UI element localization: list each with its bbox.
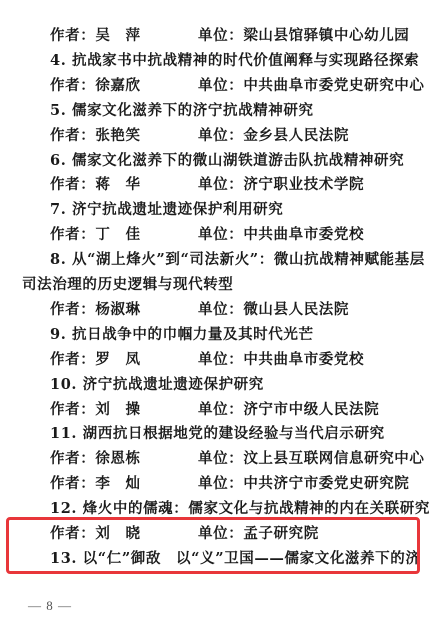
author-row: 作者：刘 操单位：济宁市中级人民法院 bbox=[50, 398, 141, 422]
author-row: 作者：吴 萍单位：梁山县馆驿镇中心幼儿园 bbox=[50, 24, 141, 48]
author-name: 张艳笑 bbox=[95, 127, 140, 144]
author-label: 作者： bbox=[50, 348, 95, 372]
author-row: 作者：徐嘉欣单位：中共曲阜市委党史研究中心 bbox=[50, 74, 141, 98]
highlight-box-item-12 bbox=[6, 517, 420, 574]
author-name: 蒋 华 bbox=[95, 176, 140, 193]
unit-name: 金乡县人民法院 bbox=[243, 127, 349, 144]
author-label: 作者： bbox=[50, 298, 95, 322]
author-row: 作者：罗 凤单位：中共曲阜市委党校 bbox=[50, 348, 141, 372]
unit-label: 单位： bbox=[198, 176, 243, 193]
author-label: 作者： bbox=[50, 223, 95, 247]
author-name: 吴 萍 bbox=[95, 27, 140, 44]
unit-name: 汶上县互联网信息研究中心 bbox=[243, 450, 424, 467]
unit-label: 单位： bbox=[198, 127, 243, 144]
author-row: 作者：张艳笑单位：金乡县人民法院 bbox=[50, 124, 141, 148]
paper-title: 6. 儒家文化滋养下的微山湖铁道游击队抗战精神研究 bbox=[50, 149, 404, 173]
author-label: 作者： bbox=[50, 124, 95, 148]
author-name: 徐恩栋 bbox=[95, 450, 140, 467]
unit-field: 单位：中共曲阜市委党校 bbox=[198, 348, 364, 372]
author-row: 作者：蒋 华单位：济宁职业技术学院 bbox=[50, 173, 141, 197]
author-label: 作者： bbox=[50, 472, 95, 496]
unit-name: 济宁职业技术学院 bbox=[243, 176, 364, 193]
author-name: 徐嘉欣 bbox=[95, 77, 140, 94]
author-label: 作者： bbox=[50, 24, 95, 48]
unit-name: 微山县人民法院 bbox=[243, 301, 349, 318]
document-page: 作者：吴 萍单位：梁山县馆驿镇中心幼儿园4. 抗战家书中抗战精神的时代价值阐释与… bbox=[0, 0, 441, 623]
unit-field: 单位：微山县人民法院 bbox=[198, 298, 349, 322]
paper-title: 9. 抗日战争中的巾帼力量及其时代光芒 bbox=[50, 323, 314, 347]
title-continuation: 司法治理的历史逻辑与现代转型 bbox=[22, 273, 233, 297]
unit-label: 单位： bbox=[198, 351, 243, 368]
unit-label: 单位： bbox=[198, 401, 243, 418]
unit-name: 中共曲阜市委党校 bbox=[243, 226, 364, 243]
unit-field: 单位：中共曲阜市委党校 bbox=[198, 223, 364, 247]
author-row: 作者：徐恩栋单位：汶上县互联网信息研究中心 bbox=[50, 447, 141, 471]
unit-name: 梁山县馆驿镇中心幼儿园 bbox=[243, 27, 409, 44]
unit-field: 单位：中共济宁市委党史研究院 bbox=[198, 472, 409, 496]
unit-label: 单位： bbox=[198, 27, 243, 44]
unit-label: 单位： bbox=[198, 450, 243, 467]
author-label: 作者： bbox=[50, 447, 95, 471]
paper-title: 5. 儒家文化滋养下的济宁抗战精神研究 bbox=[50, 99, 314, 123]
unit-field: 单位：济宁市中级人民法院 bbox=[198, 398, 379, 422]
author-row: 作者：丁 佳单位：中共曲阜市委党校 bbox=[50, 223, 141, 247]
unit-label: 单位： bbox=[198, 301, 243, 318]
unit-name: 中共曲阜市委党校 bbox=[243, 351, 364, 368]
author-label: 作者： bbox=[50, 173, 95, 197]
unit-field: 单位：汶上县互联网信息研究中心 bbox=[198, 447, 425, 471]
unit-name: 济宁市中级人民法院 bbox=[243, 401, 379, 418]
unit-field: 单位：中共曲阜市委党史研究中心 bbox=[198, 74, 425, 98]
paper-title: 10. 济宁抗战遗址遗迹保护研究 bbox=[50, 373, 264, 397]
unit-label: 单位： bbox=[198, 77, 243, 94]
author-name: 杨淑琳 bbox=[95, 301, 140, 318]
author-label: 作者： bbox=[50, 398, 95, 422]
author-name: 罗 凤 bbox=[95, 351, 140, 368]
unit-label: 单位： bbox=[198, 475, 243, 492]
unit-field: 单位：济宁职业技术学院 bbox=[198, 173, 364, 197]
author-row: 作者：杨淑琳单位：微山县人民法院 bbox=[50, 298, 141, 322]
unit-name: 中共济宁市委党史研究院 bbox=[243, 475, 409, 492]
author-label: 作者： bbox=[50, 74, 95, 98]
paper-title: 11. 湖西抗日根据地党的建设经验与当代启示研究 bbox=[50, 422, 385, 446]
paper-title: 4. 抗战家书中抗战精神的时代价值阐释与实现路径探索 bbox=[50, 49, 419, 73]
unit-name: 中共曲阜市委党史研究中心 bbox=[243, 77, 424, 94]
author-name: 丁 佳 bbox=[95, 226, 140, 243]
author-name: 刘 操 bbox=[95, 401, 140, 418]
unit-label: 单位： bbox=[198, 226, 243, 243]
paper-title: 7. 济宁抗战遗址遗迹保护利用研究 bbox=[50, 198, 283, 222]
author-name: 李 灿 bbox=[95, 475, 140, 492]
unit-field: 单位：金乡县人民法院 bbox=[198, 124, 349, 148]
paper-title: 8. 从“湖上烽火”到“司法新火”：微山抗战精神赋能基层 bbox=[50, 248, 425, 272]
author-row: 作者：李 灿单位：中共济宁市委党史研究院 bbox=[50, 472, 141, 496]
unit-field: 单位：梁山县馆驿镇中心幼儿园 bbox=[198, 24, 409, 48]
page-number: — 8 — bbox=[28, 598, 72, 614]
